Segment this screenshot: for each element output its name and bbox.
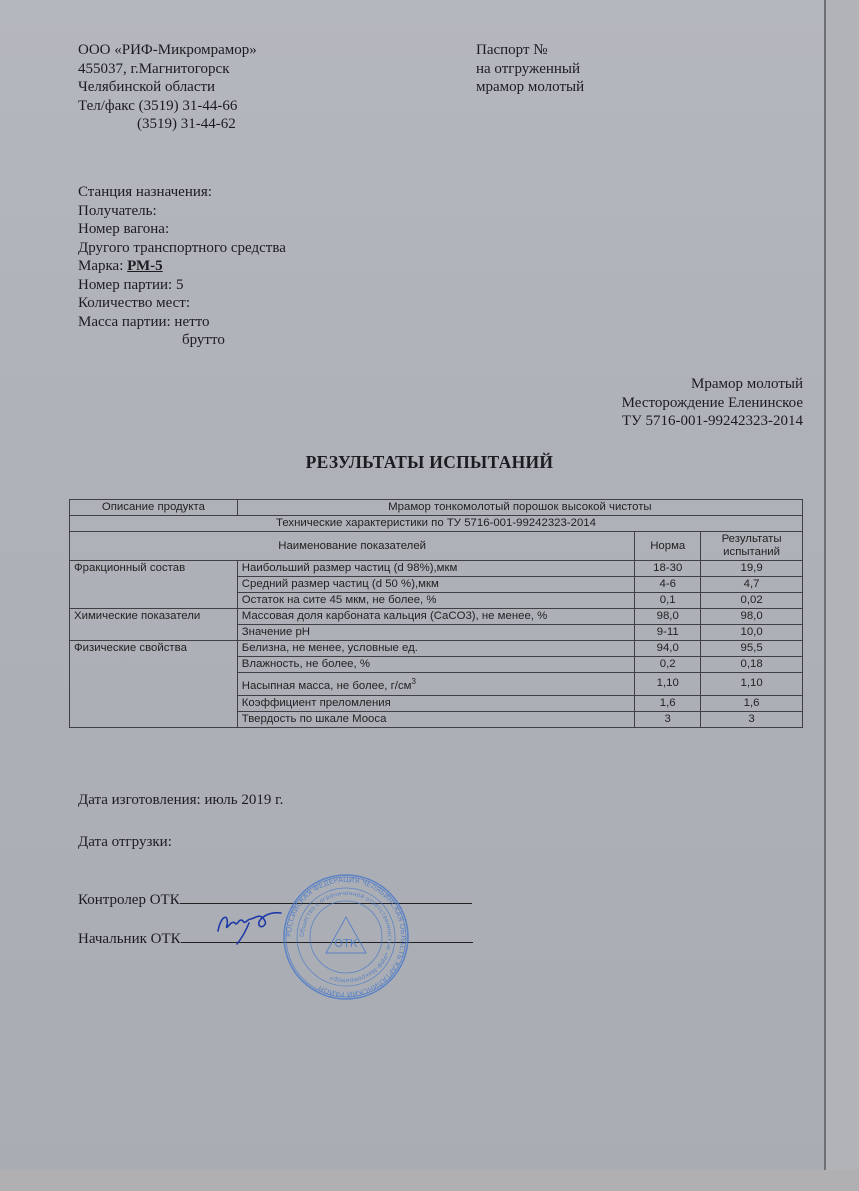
spec-row: Технические характеристики по ТУ 5716-00… xyxy=(70,516,803,532)
result-value: 1,6 xyxy=(701,695,803,711)
page-title: РЕЗУЛЬТАТЫ ИСПЫТАНИЙ xyxy=(0,453,859,472)
shipment-date: Дата отгрузки: xyxy=(78,833,172,852)
passport-line1: Паспорт № xyxy=(476,41,584,60)
product-block: Мрамор молотый Месторождение Еленинское … xyxy=(622,375,803,431)
column-header-result: Результатыиспытаний xyxy=(701,532,803,561)
brand-label: Марка: xyxy=(78,258,127,274)
norm-value: 18-30 xyxy=(635,561,701,577)
signature-icon xyxy=(215,905,285,945)
result-value: 4,7 xyxy=(701,577,803,593)
stamp-icon: РОССИЙСКАЯ ФЕДЕРАЦИЯ ЧЕЛЯБИНСКАЯ ОБЛАСТЬ… xyxy=(282,873,410,1001)
parameter-text: Средний размер частиц (d 50 %),мкм xyxy=(242,578,439,590)
group-name: Фракционный состав xyxy=(70,561,238,609)
column-header-result-line1: Результаты xyxy=(722,533,782,545)
places-count-field: Количество мест: xyxy=(78,294,286,313)
test-results-table: Описание продукта Мрамор тонкомолотый по… xyxy=(69,499,803,728)
column-header-norm: Норма xyxy=(635,532,701,561)
result-value: 0,18 xyxy=(701,657,803,673)
parameter-name: Влажность, не более, % xyxy=(237,657,635,673)
table-row: Физические свойстваБелизна, не менее, ус… xyxy=(70,641,803,657)
description-value: Мрамор тонкомолотый порошок высокой чист… xyxy=(237,500,802,516)
batch-mass-gross-field: брутто xyxy=(78,331,286,350)
parameter-text: Белизна, не менее, условные ед. xyxy=(242,642,418,654)
station-field: Станция назначения: xyxy=(78,183,286,202)
result-value: 0,02 xyxy=(701,593,803,609)
result-value: 3 xyxy=(701,711,803,727)
parameter-text: Массовая доля карбоната кальция (CaCO3),… xyxy=(242,610,547,622)
brand-value: РМ-5 xyxy=(127,258,163,274)
head-label: Начальник ОТК xyxy=(78,931,181,947)
parameter-text: Влажность, не более, % xyxy=(242,658,370,670)
column-header-row: Наименование показателей Норма Результат… xyxy=(70,532,803,561)
norm-value: 98,0 xyxy=(635,609,701,625)
column-header-result-line2: испытаний xyxy=(723,546,780,558)
norm-value: 4-6 xyxy=(635,577,701,593)
group-name: Химические показатели xyxy=(70,609,238,641)
parameter-name: Наибольший размер частиц (d 98%),мкм xyxy=(237,561,635,577)
recipient-field: Получатель: xyxy=(78,202,286,221)
result-value: 98,0 xyxy=(701,609,803,625)
parameter-text: Коэффициент преломления xyxy=(242,697,391,709)
parameter-name: Твердость по шкале Мооса xyxy=(237,711,635,727)
table-row: Химические показателиМассовая доля карбо… xyxy=(70,609,803,625)
company-address-line2: Челябинской области xyxy=(78,78,257,97)
page-edge-bottom xyxy=(0,1170,859,1191)
description-label: Описание продукта xyxy=(70,500,238,516)
consignment-details: Станция назначения: Получатель: Номер ва… xyxy=(78,183,286,350)
parameter-text: Наибольший размер частиц (d 98%),мкм xyxy=(242,562,458,574)
group-name: Физические свойства xyxy=(70,641,238,728)
wagon-number-field: Номер вагона: xyxy=(78,220,286,239)
parameter-name: Остаток на сите 45 мкм, не более, % xyxy=(237,593,635,609)
passport-header: Паспорт № на отгруженный мрамор молотый xyxy=(476,41,584,97)
company-name: ООО «РИФ-Микромрамор» xyxy=(78,41,257,60)
norm-value: 9-11 xyxy=(635,625,701,641)
norm-value: 1,10 xyxy=(635,673,701,696)
batch-number-field: Номер партии: 5 xyxy=(78,276,286,295)
norm-value: 0,1 xyxy=(635,593,701,609)
controller-label: Контролер ОТК xyxy=(78,892,180,908)
product-spec: ТУ 5716-001-99242323-2014 xyxy=(622,412,803,431)
spec-row-text: Технические характеристики по ТУ 5716-00… xyxy=(70,516,803,532)
product-name: Мрамор молотый xyxy=(622,375,803,394)
page-edge-right xyxy=(824,0,859,1191)
parameter-name: Массовая доля карбоната кальция (CaCO3),… xyxy=(237,609,635,625)
norm-value: 0,2 xyxy=(635,657,701,673)
parameter-name: Белизна, не менее, условные ед. xyxy=(237,641,635,657)
result-value: 10,0 xyxy=(701,625,803,641)
parameter-text: Значение pH xyxy=(242,626,310,638)
company-header: ООО «РИФ-Микромрамор» 455037, г.Магнитог… xyxy=(78,41,257,134)
result-value: 19,9 xyxy=(701,561,803,577)
manufacture-date: Дата изготовления: июль 2019 г. xyxy=(78,791,283,810)
company-phone-line2: (3519) 31-44-62 xyxy=(78,115,257,134)
table-row: Фракционный составНаибольший размер част… xyxy=(70,561,803,577)
description-row: Описание продукта Мрамор тонкомолотый по… xyxy=(70,500,803,516)
passport-line2: на отгруженный xyxy=(476,60,584,79)
result-value: 95,5 xyxy=(701,641,803,657)
parameter-text: Твердость по шкале Мооса xyxy=(242,713,387,725)
parameter-text: Насыпная масса, не более, г/см xyxy=(242,680,412,692)
column-header-name: Наименование показателей xyxy=(70,532,635,561)
norm-value: 1,6 xyxy=(635,695,701,711)
company-phone-line1: Тел/факс (3519) 31-44-66 xyxy=(78,97,257,116)
norm-value: 3 xyxy=(635,711,701,727)
parameter-name: Значение pH xyxy=(237,625,635,641)
product-deposit: Месторождение Еленинское xyxy=(622,394,803,413)
batch-mass-net-field: Масса партии: нетто xyxy=(78,313,286,332)
norm-value: 94,0 xyxy=(635,641,701,657)
passport-line3: мрамор молотый xyxy=(476,78,584,97)
company-address-line1: 455037, г.Магнитогорск xyxy=(78,60,257,79)
parameter-name: Средний размер частиц (d 50 %),мкм xyxy=(237,577,635,593)
parameter-name: Насыпная масса, не более, г/см3 xyxy=(237,673,635,696)
brand-field: Марка: РМ-5 xyxy=(78,257,286,276)
result-value: 1,10 xyxy=(701,673,803,696)
parameter-name: Коэффициент преломления xyxy=(237,695,635,711)
svg-text:ОТК: ОТК xyxy=(334,937,357,950)
other-transport-field: Другого транспортного средства xyxy=(78,239,286,258)
parameter-text: Остаток на сите 45 мкм, не более, % xyxy=(242,594,437,606)
parameter-superscript: 3 xyxy=(411,677,415,686)
